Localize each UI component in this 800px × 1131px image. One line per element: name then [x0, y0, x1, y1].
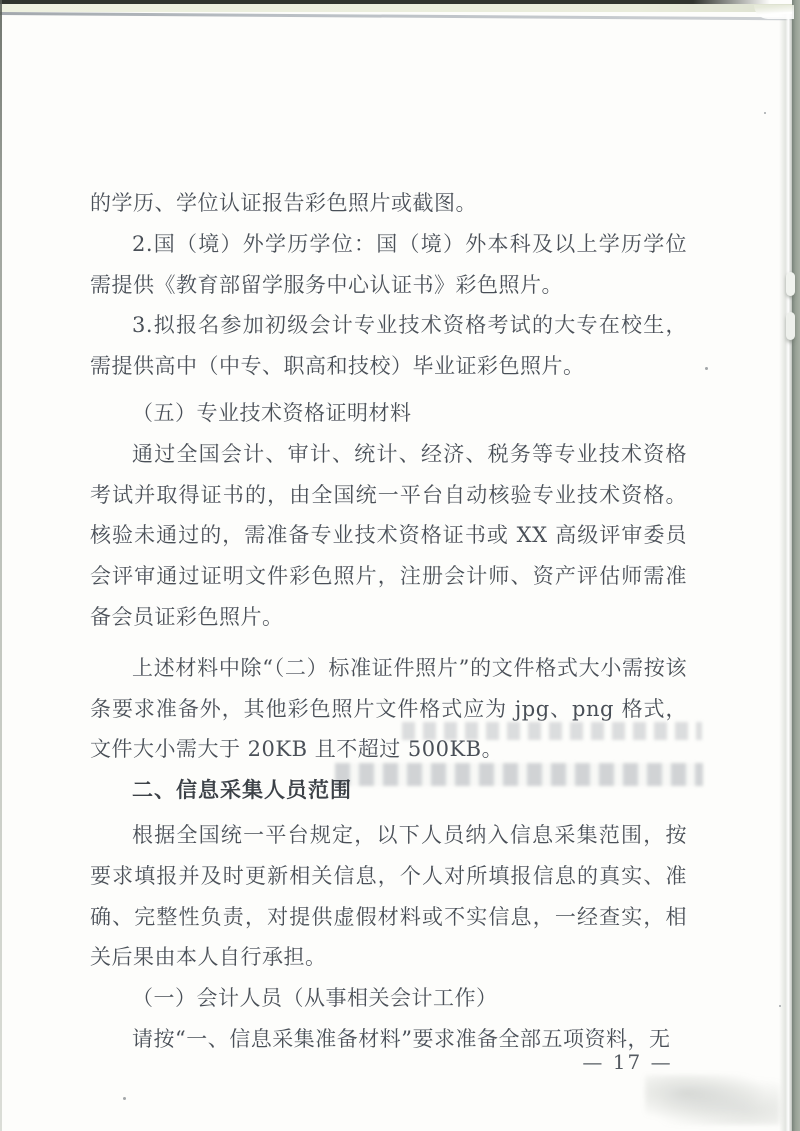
- scan-speck: [779, 1005, 781, 1007]
- paragraph-body: 根据全国统一平台规定，以下人员纳入信息采集范围，按要求填报并及时更新相关信息，个…: [90, 815, 687, 978]
- scan-left-edge-line: [0, 0, 2, 1131]
- scan-page-corner: [754, 5, 794, 19]
- paragraph-item-2: 2.国（境）外学历学位：国（境）外本科及以上学历学位需提供《教育部留学服务中心认…: [90, 224, 687, 306]
- document-body: 的学历、学位认证报告彩色照片或截图。 2.国（境）外学历学位：国（境）外本科及以…: [90, 183, 687, 1060]
- paragraph-item-3: 3.拟报名参加初级会计专业技术资格考试的大专在校生，需提供高中（中专、职高和技校…: [90, 305, 687, 387]
- scanned-page: 的学历、学位认证报告彩色照片或截图。 2.国（境）外学历学位：国（境）外本科及以…: [0, 0, 800, 1131]
- paragraph-subheading-5: （五）专业技术资格证明材料: [90, 393, 687, 434]
- paragraph-continuation: 的学历、学位认证报告彩色照片或截图。: [90, 183, 687, 224]
- scan-speck: [764, 112, 766, 114]
- page-number: — 17 —: [555, 1050, 700, 1074]
- scan-speck: [705, 367, 708, 370]
- scan-top-dark-strip: [0, 0, 770, 5]
- scan-right-page-edge-shadow: [779, 14, 792, 1131]
- scan-top-cream-band: [0, 4, 796, 12]
- scan-speck: [123, 1097, 126, 1100]
- section-heading: 二、信息采集人员范围: [90, 770, 687, 811]
- paragraph-subheading-1: （一）会计人员（从事相关会计工作）: [90, 978, 687, 1019]
- paragraph-body: 通过全国会计、审计、统计、经济、税务等专业技术资格考试并取得证书的，由全国统一平…: [90, 434, 687, 638]
- scan-page-edge-notch: [786, 312, 795, 340]
- scan-page-edge-notch: [786, 272, 795, 296]
- scan-top-edge-line: [0, 12, 800, 20]
- paragraph-body: 上述材料中除“（二）标准证件照片”的文件格式大小需按该条要求准备外，其他彩色照片…: [90, 648, 687, 770]
- scan-smudge: [645, 1075, 780, 1125]
- scan-right-background-band: [792, 0, 800, 1131]
